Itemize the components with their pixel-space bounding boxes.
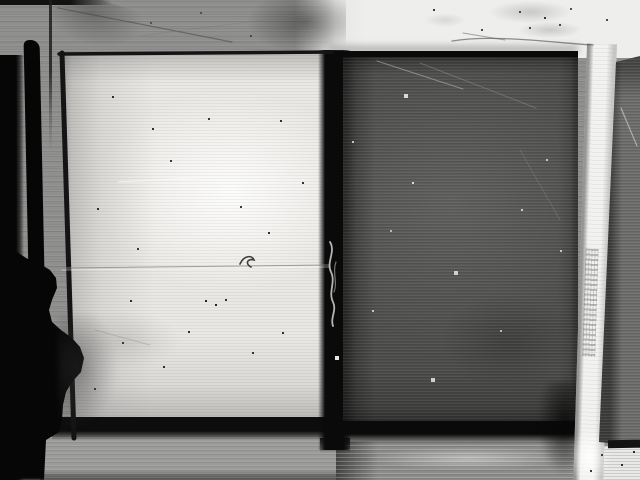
left-page-top-edge-line xyxy=(59,52,332,54)
table-scratch-1 xyxy=(58,8,232,42)
right-page-scratch-2 xyxy=(420,63,536,108)
binding-thread xyxy=(330,242,335,326)
table-scratch-2 xyxy=(140,14,310,36)
backdrop-scratch-1 xyxy=(452,38,593,45)
left-page-bright-scratch xyxy=(118,177,212,182)
white-dust-specks xyxy=(0,0,2,2)
binding-thread-2 xyxy=(334,262,336,292)
book-scan-photo xyxy=(0,0,640,480)
silhouette-soft-shadow xyxy=(58,315,118,430)
far-page-scratch xyxy=(621,108,637,146)
right-page-scratch-3 xyxy=(520,150,560,220)
